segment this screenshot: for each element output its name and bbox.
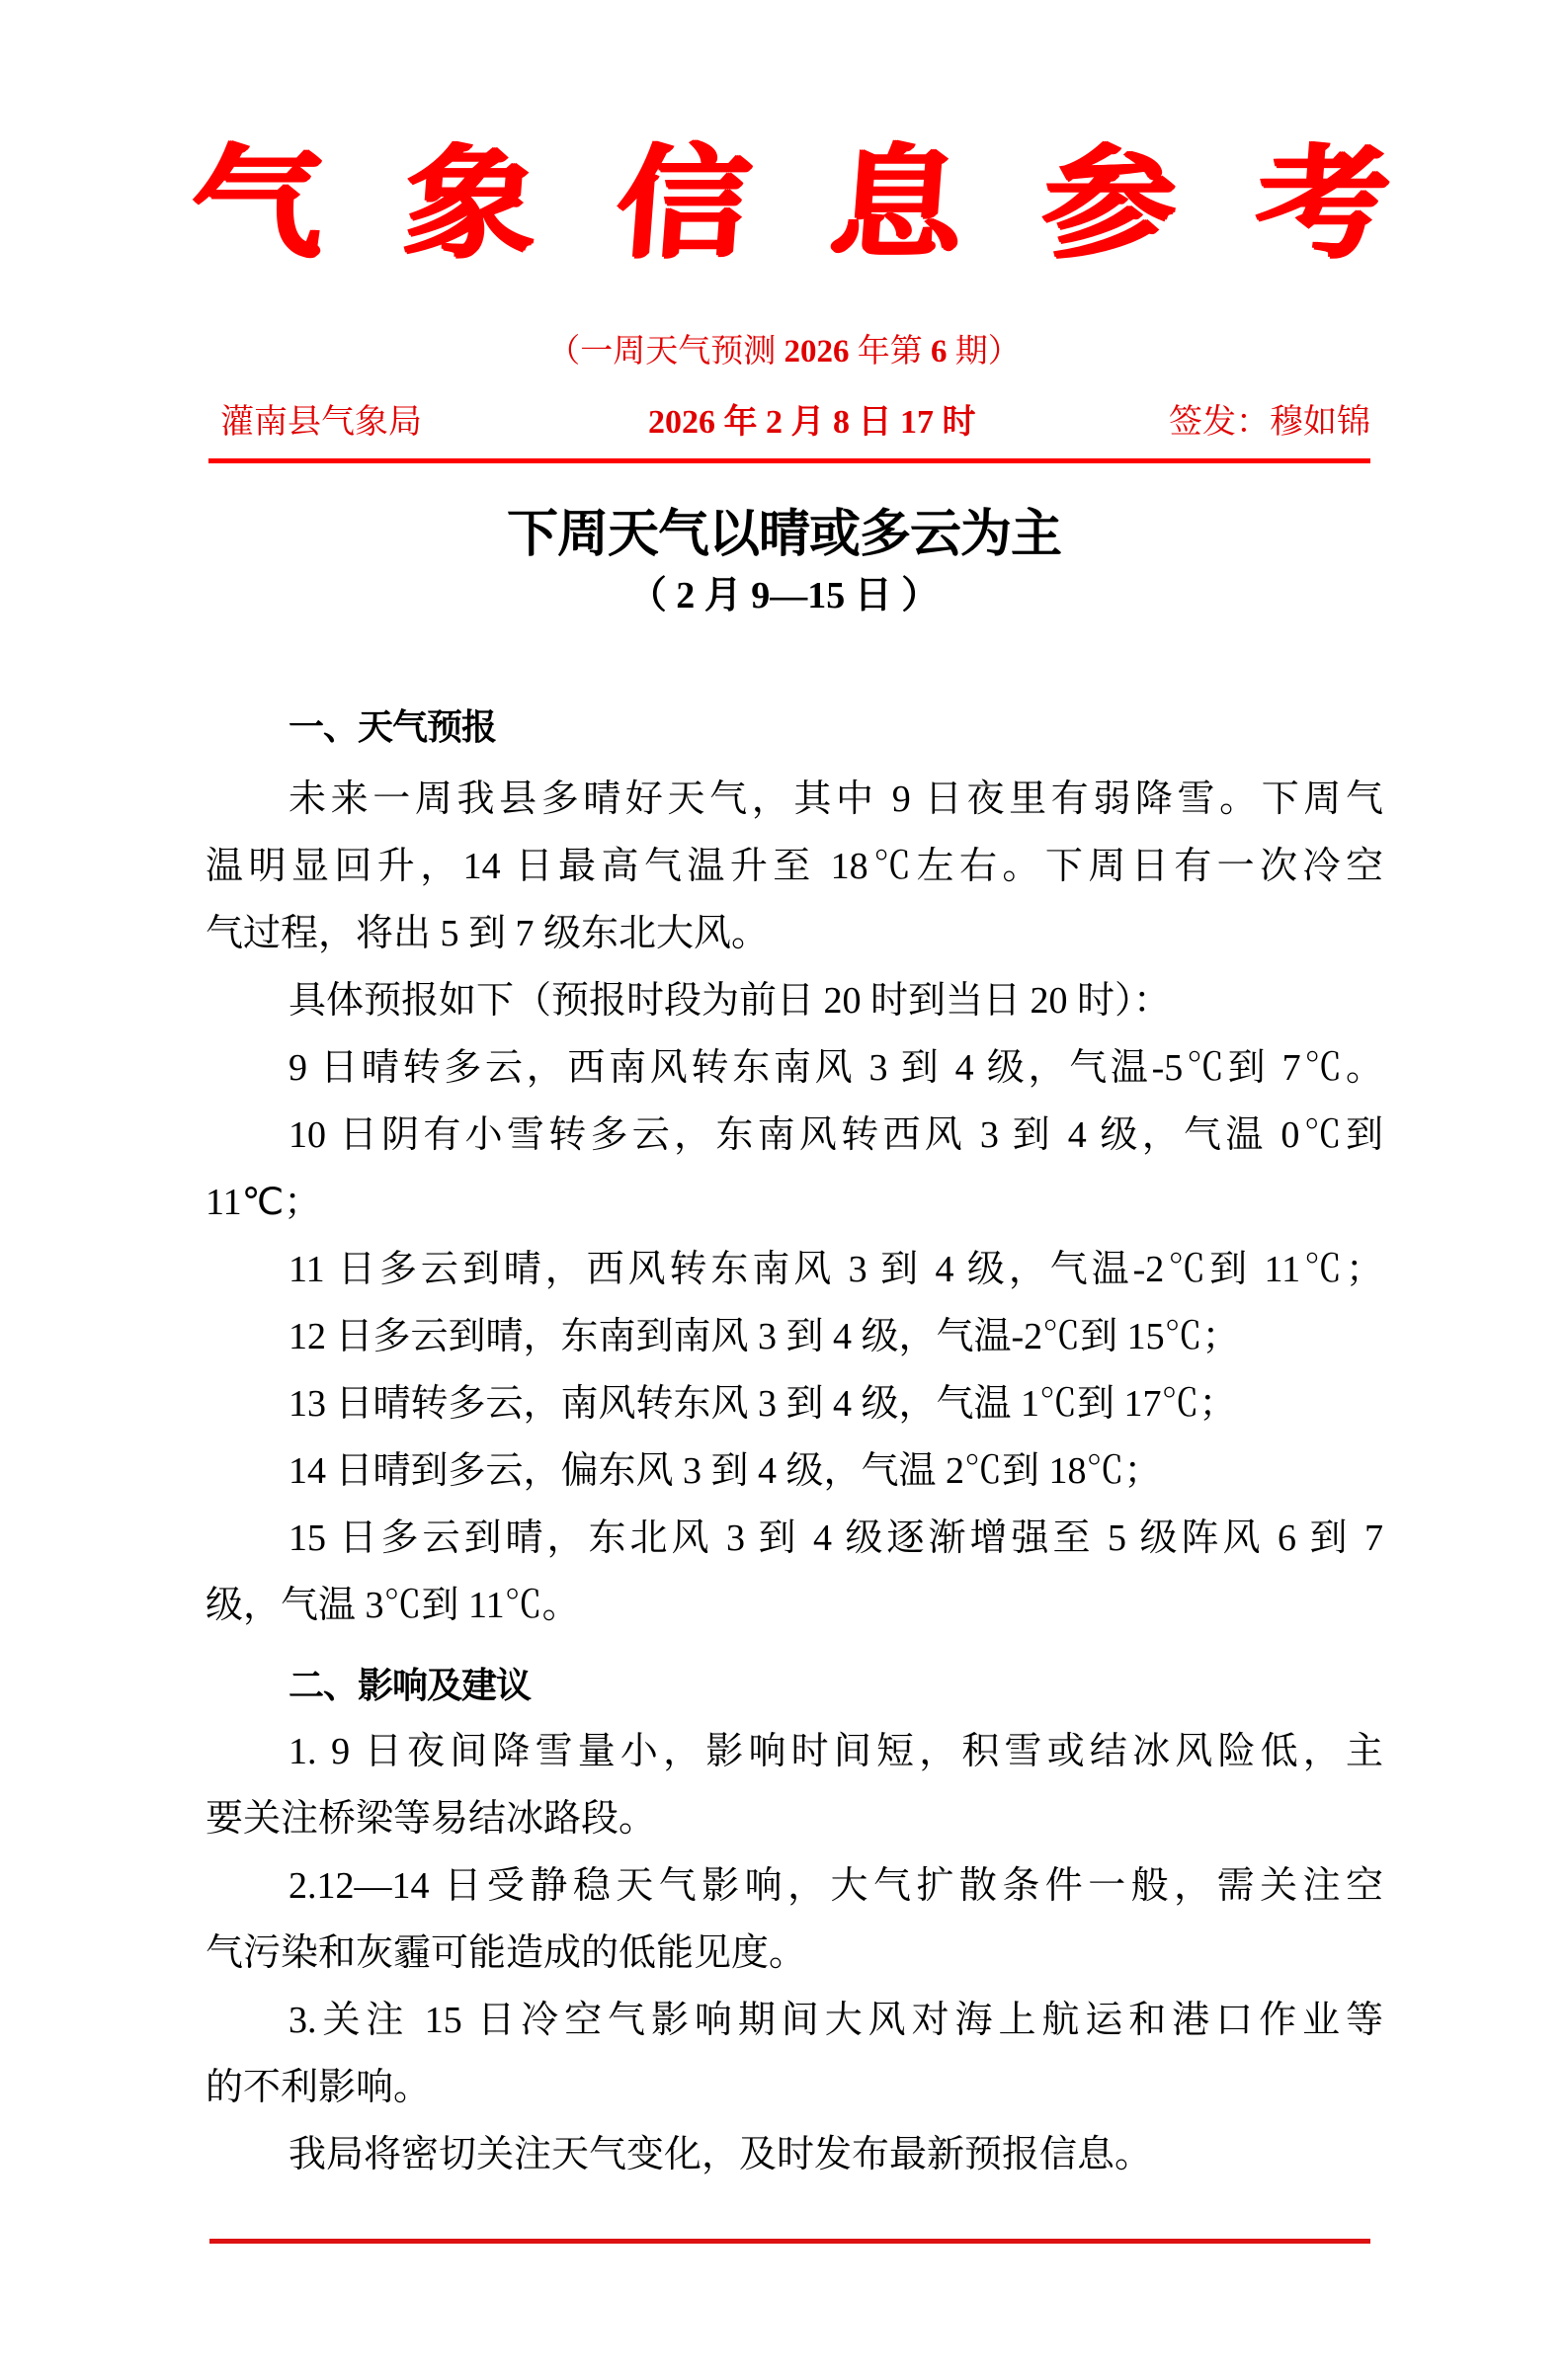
- section-heading-impact: 二、影响及建议: [289, 1664, 531, 1709]
- advice-2: 2.12—14 日受静稳天气影响，大气扩散条件一般，需关注空: [289, 1863, 1383, 1909]
- daily-forecast-9: 9 日晴转多云，西南风转东南风 3 到 4 级，气温-5℃到 7℃。: [289, 1045, 1383, 1091]
- issuer: 灌南县气象局: [220, 400, 422, 445]
- signer: 签发：穆如锦: [1169, 400, 1370, 445]
- daily-forecast-14: 14 日晴到多云，偏东风 3 到 4 级，气温 2℃到 18℃；: [289, 1448, 1162, 1494]
- masthead-char: 气: [187, 134, 330, 271]
- masthead-char: 息: [826, 134, 969, 271]
- forecast-period: （ 2 月 9—15 日 ）: [0, 571, 1568, 620]
- closing-statement: 我局将密切关注天气变化，及时发布最新预报信息。: [289, 2132, 1152, 2177]
- daily-forecast-13: 13 日晴转多云，南风转东风 3 到 4 级，气温 1℃到 17℃；: [289, 1381, 1237, 1427]
- meta-row: 灌南县气象局 2026 年 2 月 8 日 17 时 签发：穆如锦: [208, 400, 1370, 445]
- advice-1-cont: 要关注桥梁等易结冰路段。: [206, 1796, 656, 1842]
- masthead-char: 信: [613, 134, 756, 271]
- issue-datetime: 2026 年 2 月 8 日 17 时: [648, 400, 976, 445]
- daily-forecast-10-cont: 11℃；: [206, 1180, 321, 1225]
- masthead-char: 参: [1038, 134, 1182, 271]
- masthead-title: 气 象 信 息 参 考: [178, 128, 1403, 277]
- daily-forecast-10: 10 日阴有小雪转多云，东南风转西风 3 到 4 级，气温 0℃到: [289, 1112, 1383, 1158]
- header-divider: [208, 458, 1370, 463]
- detail-intro: 具体预报如下（预报时段为前日 20 时到当日 20 时）：: [289, 978, 1171, 1024]
- summary-line: 温明显回升，14 日最高气温升至 18℃左右。下周日有一次冷空: [206, 844, 1383, 889]
- section-heading-forecast: 一、天气预报: [289, 705, 496, 751]
- daily-forecast-15-cont: 级，气温 3℃到 11℃。: [206, 1583, 580, 1628]
- daily-forecast-15: 15 日多云到晴，东北风 3 到 4 级逐渐增强至 5 级阵风 6 到 7: [289, 1516, 1383, 1561]
- daily-forecast-12: 12 日多云到晴，东南到南风 3 到 4 级，气温-2℃到 15℃；: [289, 1314, 1240, 1359]
- page-title: 下周天气以晴或多云为主: [0, 500, 1568, 569]
- masthead-char: 象: [399, 134, 542, 271]
- advice-2-cont: 气污染和灰霾可能造成的低能见度。: [206, 1930, 806, 1976]
- daily-forecast-11: 11 日多云到晴，西风转东南风 3 到 4 级，气温-2℃到 11℃；: [289, 1247, 1383, 1292]
- summary-line: 气过程，将出 5 到 7 级东北大风。: [206, 911, 769, 956]
- masthead-char: 考: [1252, 134, 1395, 271]
- summary-line: 未来一周我县多晴好天气，其中 9 日夜里有弱降雪。下周气: [289, 777, 1383, 822]
- advice-1: 1. 9 日夜间降雪量小，影响时间短，积雪或结冰风险低，主: [289, 1729, 1383, 1774]
- weather-bulletin-page: 气 象 信 息 参 考 （一周天气预测 2026 年第 6 期） 灌南县气象局 …: [0, 0, 1568, 2378]
- advice-3-cont: 的不利影响。: [206, 2065, 431, 2110]
- advice-3: 3.关注 15 日冷空气影响期间大风对海上航运和港口作业等: [289, 1998, 1383, 2043]
- footer-divider: [209, 2239, 1370, 2244]
- issue-number: （一周天气预测 2026 年第 6 期）: [0, 332, 1568, 371]
